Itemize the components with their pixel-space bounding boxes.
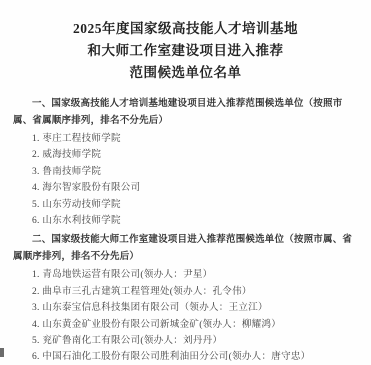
section-1: 一、国家级高技能人才培训基地建设项目进入推荐范围候选单位（按照市属、省属顺序排列… — [13, 96, 358, 229]
section-1-item-2: 2. 威海技师学院 — [13, 147, 358, 163]
section-2-item-4: 4. 山东黄金矿业股份有限公司新城金矿(领办人：柳耀鸿） — [13, 317, 358, 333]
section-2-item-6: 6. 中国石油化工股份有限公司胜利油田分公司(领办人：唐守忠） — [13, 349, 358, 365]
document-page: 2025年度国家级高技能人才培训基地 和大师工作室建设项目进入推荐 范围候选单位… — [0, 0, 371, 365]
section-2-heading: 二、国家级技能大师工作室建设项目进入推荐范围候选单位（按照市属、省属顺序排列，排… — [13, 232, 358, 265]
section-1-item-4: 4. 海尔智家股份有限公司 — [13, 180, 358, 196]
section-1-heading: 一、国家级高技能人才培训基地建设项目进入推荐范围候选单位（按照市属、省属顺序排列… — [13, 96, 358, 129]
scan-edge-artifact — [0, 348, 4, 357]
document-title: 2025年度国家级高技能人才培训基地 和大师工作室建设项目进入推荐 范围候选单位… — [13, 18, 358, 84]
section-1-item-6: 6. 山东水利技师学院 — [13, 213, 358, 229]
title-line-1: 2025年度国家级高技能人才培训基地 — [13, 18, 358, 40]
section-2-item-2: 2. 曲阜市三孔古建筑工程管理处(领办人：孔令伟） — [13, 284, 358, 300]
section-1-item-5: 5. 山东劳动技师学院 — [13, 197, 358, 213]
section-1-item-3: 3. 鲁南技师学院 — [13, 164, 358, 180]
section-1-item-1: 1. 枣庄工程技师学院 — [13, 131, 358, 147]
section-2: 二、国家级技能大师工作室建设项目进入推荐范围候选单位（按照市属、省属顺序排列，排… — [13, 232, 358, 365]
title-line-3: 范围候选单位名单 — [13, 62, 358, 84]
section-2-item-3: 3. 山东泰宝信息科技集团有限公司（领办人：王立江） — [13, 300, 358, 316]
section-2-item-1: 1. 青岛地铁运营有限公司(领办人：尹星） — [13, 267, 358, 283]
section-2-item-5: 5. 兖矿鲁南化工有限公司(领办人：刘丹丹） — [13, 333, 358, 349]
title-line-2: 和大师工作室建设项目进入推荐 — [13, 40, 358, 62]
